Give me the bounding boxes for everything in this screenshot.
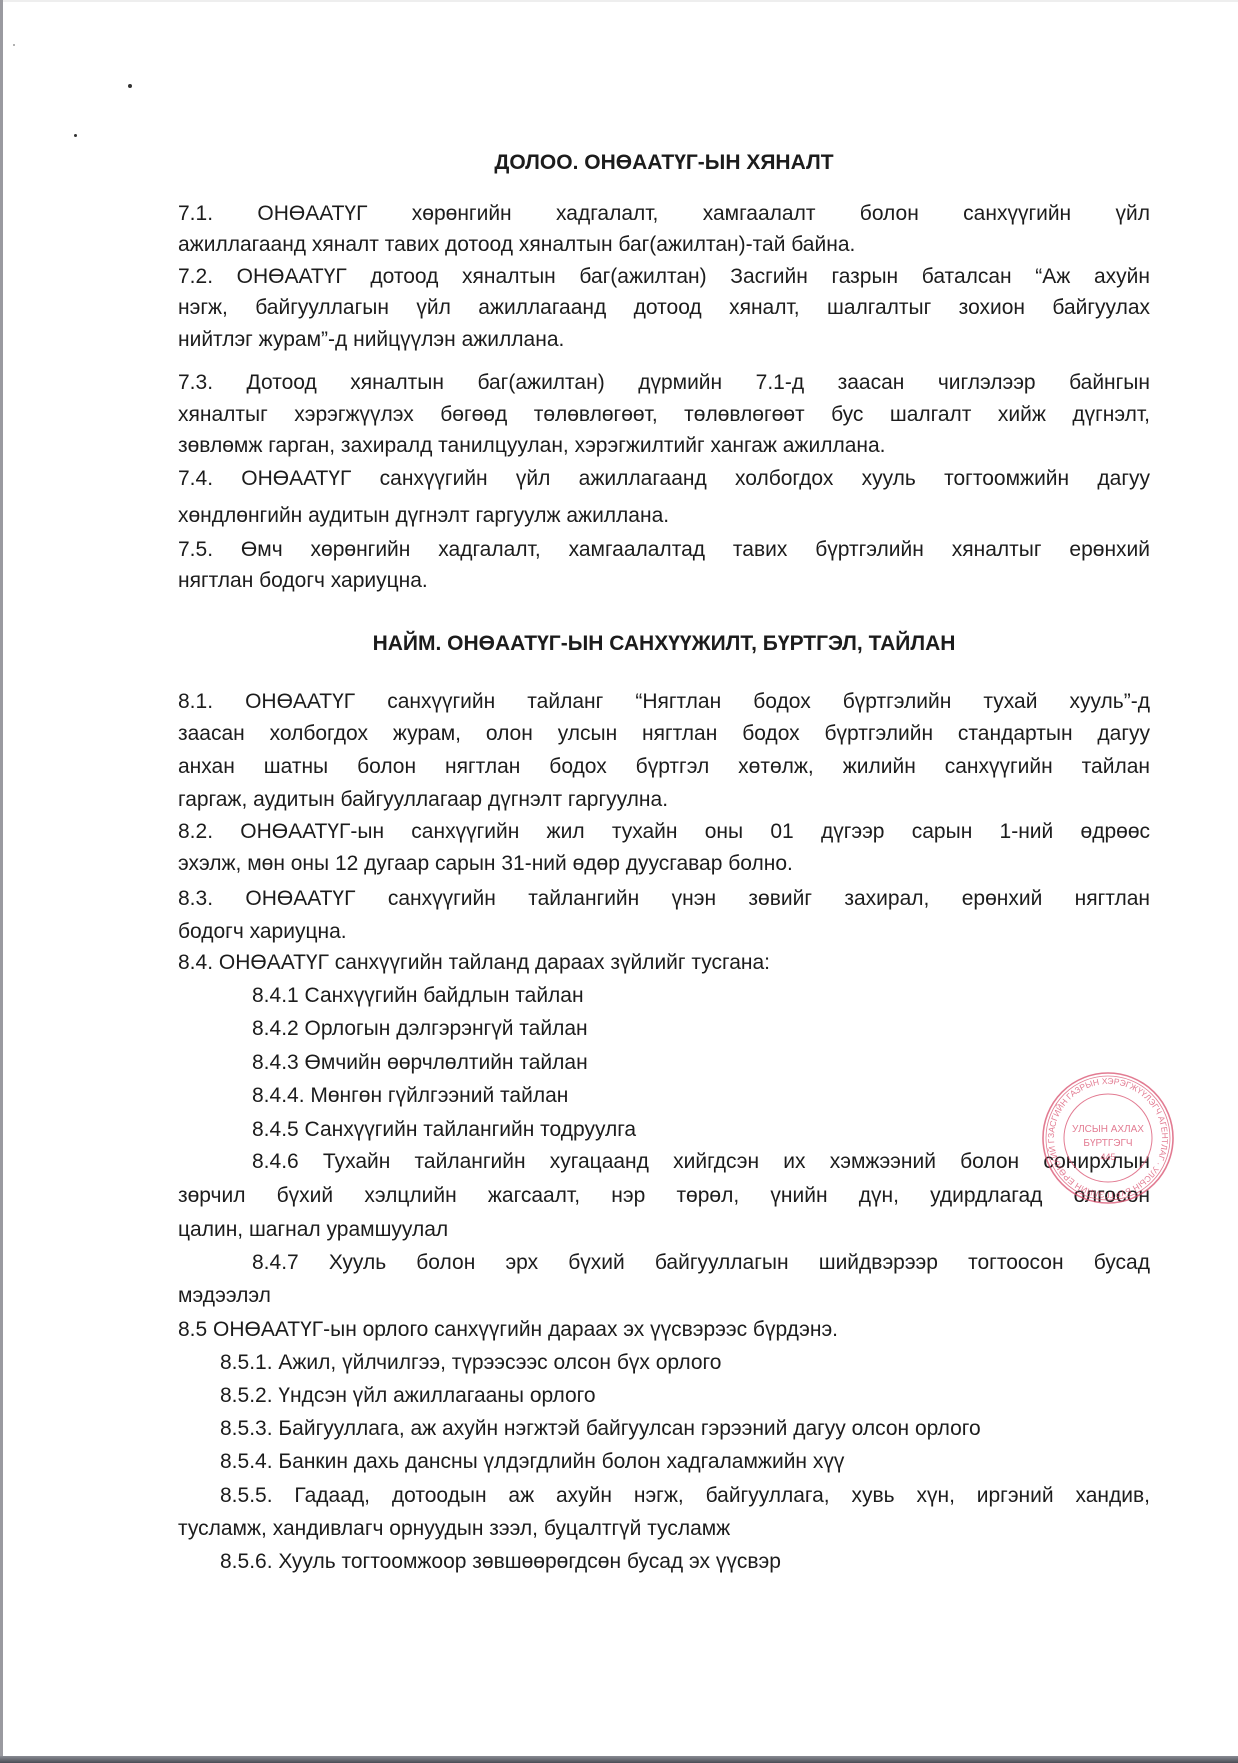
paragraph-line: 7.5. Өмч хөрөнгийн хадгалалт, хамгаалалт…: [178, 536, 1150, 564]
paragraph-line: тусламж, хандивлагч орнуудын зээл, буцал…: [178, 1515, 1150, 1543]
paragraph-line: 7.1. ОНӨААТҮГ хөрөнгийн хадгалалт, хамга…: [178, 200, 1150, 228]
stamp-seal-icon: ЗАСГИЙН ГАЗРЫН ХЭРЭГЖҮҮЛЭГЧ АГЕНТЛАГ · У…: [1040, 1070, 1176, 1206]
paragraph-line: мэдээлэл: [178, 1282, 1150, 1310]
paragraph-line: ажиллагаанд хяналт тавих дотоод хяналтын…: [178, 231, 1150, 259]
scan-speck: [128, 84, 132, 88]
paragraph-line: нийтлэг журам”-д нийцүүлэн ажиллана.: [178, 326, 1150, 354]
list-item: 8.4.6 Тухайн тайлангийн хугацаанд хийгдс…: [252, 1148, 1150, 1176]
page-bottom-edge: [0, 1756, 1238, 1763]
stamp-inner-line-1: УЛСЫН АХЛАХ: [1072, 1124, 1144, 1135]
scan-speck: [13, 44, 15, 46]
paragraph-line: 7.4. ОНӨААТҮГ санхүүгийн үйл ажиллагаанд…: [178, 465, 1150, 493]
list-item: 8.4.3 Өмчийн өөрчлөлтийн тайлан: [252, 1049, 1150, 1077]
list-item: 8.4.5 Санхүүгийн тайлангийн тодруулга: [252, 1116, 1150, 1144]
section-8-heading: НАЙМ. ОНӨААТҮГ-ЫН САНХҮҮЖИЛТ, БҮРТГЭЛ, Т…: [178, 630, 1150, 658]
paragraph-line: 8.5 ОНӨААТҮГ-ын орлого санхүүгийн дараах…: [178, 1316, 1150, 1344]
paragraph-line: 8.4. ОНӨААТҮГ санхүүгийн тайланд дараах …: [178, 949, 1150, 977]
paragraph-line: гаргаж, аудитын байгууллагаар дүгнэлт га…: [178, 786, 1150, 814]
paragraph-line: эхэлж, мөн оны 12 дугаар сарын 31-ний өд…: [178, 850, 1150, 878]
list-item: 8.4.7 Хууль болон эрх бүхий байгууллагын…: [252, 1249, 1150, 1277]
paragraph-line: зөрчил бүхий хэлцлийн жагсаалт, нэр төрө…: [178, 1182, 1150, 1210]
page-left-edge: [0, 0, 3, 1763]
page-top-edge: [0, 0, 1238, 2]
paragraph-line: 8.2. ОНӨААТҮГ-ын санхүүгийн жил тухайн о…: [178, 818, 1150, 846]
paragraph-line: 8.3. ОНӨААТҮГ санхүүгийн тайлангийн үнэн…: [178, 885, 1150, 913]
list-item: 8.4.2 Орлогын дэлгэрэнгүй тайлан: [252, 1015, 1150, 1043]
paragraph-line: 8.1. ОНӨААТҮГ санхүүгийн тайланг “Нягтла…: [178, 688, 1150, 716]
list-item: 8.4.4. Мөнгөн гүйлгээний тайлан: [252, 1082, 1150, 1110]
paragraph-line: зөвлөмж гарган, захиралд танилцуулан, хэ…: [178, 432, 1150, 460]
list-item: 8.5.5. Гадаад, дотоодын аж ахуйн нэгж, б…: [220, 1482, 1150, 1510]
paragraph-line: хяналтыг хэрэгжүүлэх бөгөөд төлөвлөгөөт,…: [178, 401, 1150, 429]
paragraph-line: нягтлан бодогч хариуцна.: [178, 567, 1150, 595]
stamp-inner-line-2: БҮРТГЭГЧ: [1083, 1138, 1132, 1149]
list-item: 8.5.1. Ажил, үйлчилгээ, түрээсээс олсон …: [220, 1349, 1150, 1377]
scan-speck: [74, 134, 77, 137]
list-item: 8.5.2. Үндсэн үйл ажиллагааны орлого: [220, 1382, 1150, 1410]
paragraph-line: 7.3. Дотоод хяналтын баг(ажилтан) дүрмий…: [178, 369, 1150, 397]
list-item: 8.5.4. Банкин дахь дансны үлдэгдлийн бол…: [220, 1448, 1150, 1476]
official-stamp: ЗАСГИЙН ГАЗРЫН ХЭРЭГЖҮҮЛЭГЧ АГЕНТЛАГ · У…: [1040, 1070, 1176, 1206]
paragraph-line: заасан холбогдох журам, олон улсын нягтл…: [178, 720, 1150, 748]
list-item: 8.4.1 Санхүүгийн байдлын тайлан: [252, 982, 1150, 1010]
paragraph-line: цалин, шагнал урамшуулал: [178, 1216, 1150, 1244]
paragraph-line: бодогч хариуцна.: [178, 918, 1150, 946]
list-item: 8.5.3. Байгууллага, аж ахуйн нэгжтэй бай…: [220, 1415, 1150, 1443]
section-7-heading: ДОЛОО. ОНӨААТҮГ-ЫН ХЯНАЛТ: [178, 149, 1150, 177]
paragraph-line: хөндлөнгийн аудитын дүгнэлт гаргуулж ажи…: [178, 502, 1150, 530]
stamp-number: 445: [1100, 1152, 1115, 1162]
list-item: 8.5.6. Хууль тогтоомжоор зөвшөөрөгдсөн б…: [220, 1548, 1150, 1576]
paragraph-line: анхан шатны болон нягтлан бодох бүртгэл …: [178, 753, 1150, 781]
paragraph-line: 7.2. ОНӨААТҮГ дотоод хяналтын баг(ажилта…: [178, 263, 1150, 291]
paragraph-line: нэгж, байгууллагын үйл ажиллагаанд дотоо…: [178, 294, 1150, 322]
